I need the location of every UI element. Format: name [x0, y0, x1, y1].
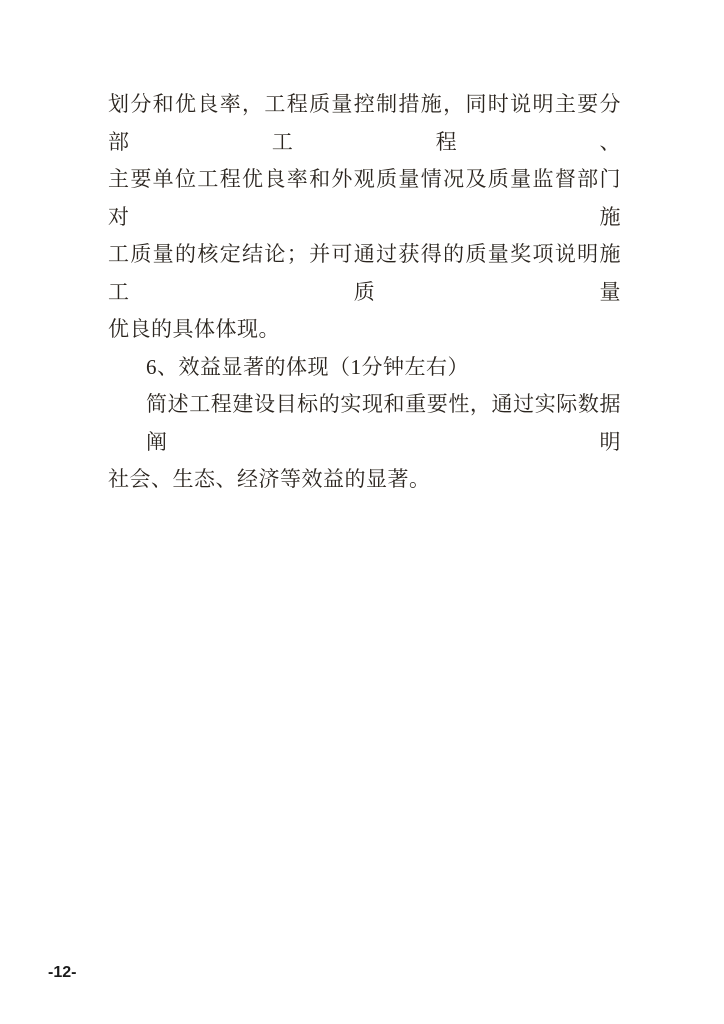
paragraph-line: 优良的具体体现。 — [108, 311, 621, 349]
section-heading-line: 6、效益显著的体现（1分钟左右） — [108, 349, 621, 387]
paragraph-line: 社会、生态、经济等效益的显著。 — [108, 461, 621, 499]
document-page: 划分和优良率，工程质量控制措施，同时说明主要分部工程、 主要单位工程优良率和外观… — [0, 0, 724, 1024]
paragraph-line: 主要单位工程优良率和外观质量情况及质量监督部门对施 — [108, 161, 621, 236]
document-body: 划分和优良率，工程质量控制措施，同时说明主要分部工程、 主要单位工程优良率和外观… — [108, 86, 621, 499]
paragraph-line: 简述工程建设目标的实现和重要性，通过实际数据阐明 — [108, 386, 621, 461]
page-number: -12- — [48, 963, 76, 983]
paragraph-line: 工质量的核定结论；并可通过获得的质量奖项说明施工质量 — [108, 236, 621, 311]
paragraph-line: 划分和优良率，工程质量控制措施，同时说明主要分部工程、 — [108, 86, 621, 161]
